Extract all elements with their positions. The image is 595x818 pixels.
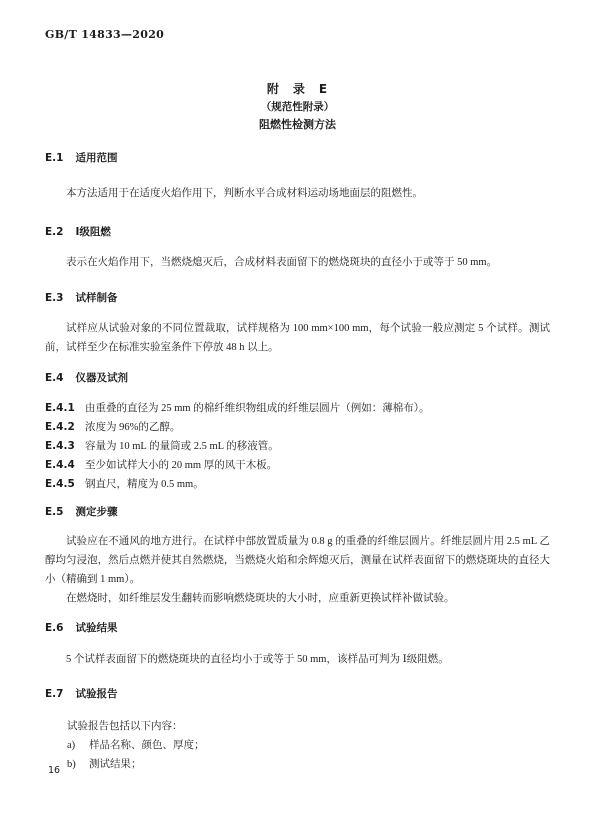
section-e3-number: E.3 xyxy=(45,292,63,304)
section-e4-item-list: E.4.1 由重叠的直径为 25 mm 的棉纤维织物组成的纤维层圆片（例如：薄棉… xyxy=(45,399,550,494)
section-e4-item: E.4.4 至少如试样大小的 20 mm 厚的风干木板。 xyxy=(45,456,550,475)
section-e7-list-item-a: a) 样品名称、颜色、厚度； xyxy=(67,736,205,755)
section-e4-heading: E.4仪器及试剂 xyxy=(45,370,550,385)
section-e1-paragraph: 本方法适用于在适度火焰作用下，判断水平合成材料运动场地面层的阻燃性。 xyxy=(45,184,550,203)
section-e3-title: 试样制备 xyxy=(75,292,117,304)
section-e7-intro: 试验报告包括以下内容： xyxy=(67,717,550,736)
section-e4-number: E.4 xyxy=(45,372,63,384)
section-e4-item: E.4.2 浓度为 96%的乙醇。 xyxy=(45,418,550,437)
section-e7-number: E.7 xyxy=(45,688,63,700)
appendix-title: 附 录 E xyxy=(0,80,595,97)
section-e4-item-number: E.4.5 xyxy=(45,475,85,494)
section-e5-paragraph-2: 在燃烧时，如纤维层发生翻转而影响燃烧斑块的大小时，应重新更换试样补做试验。 xyxy=(45,589,550,608)
section-e5-paragraph-1: 试验应在不通风的地方进行。在试样中部放置质量为 0.8 g 的重叠的纤维层圆片。… xyxy=(45,532,550,589)
section-e4-item-text: 钢直尺，精度为 0.5 mm。 xyxy=(85,475,204,494)
section-e2-heading: E.2Ⅰ级阻燃 xyxy=(45,224,550,239)
section-e5-heading: E.5测定步骤 xyxy=(45,504,550,519)
section-e4-item: E.4.3 容量为 10 mL 的量筒或 2.5 mL 的移液管。 xyxy=(45,437,550,456)
section-e5-number: E.5 xyxy=(45,506,63,518)
section-e6-heading: E.6试验结果 xyxy=(45,620,550,635)
section-e7-list-item-b: b) 测试结果； xyxy=(67,755,142,774)
section-e1-heading: E.1适用范围 xyxy=(45,150,550,165)
section-e1-title: 适用范围 xyxy=(75,152,117,164)
list-marker-a: a) xyxy=(67,736,89,755)
section-e4-item-text: 容量为 10 mL 的量筒或 2.5 mL 的移液管。 xyxy=(85,437,279,456)
list-item-b-text: 测试结果； xyxy=(89,755,142,774)
appendix-subtitle-method: 阻燃性检测方法 xyxy=(0,116,595,132)
section-e4-item-number: E.4.1 xyxy=(45,399,85,418)
list-marker-b: b) xyxy=(67,755,89,774)
section-e6-number: E.6 xyxy=(45,622,63,634)
document-page: GB/T 14833—2020 附 录 E （规范性附录） 阻燃性检测方法 E.… xyxy=(0,0,595,818)
section-e4-item-text: 浓度为 96%的乙醇。 xyxy=(85,418,180,437)
section-e4-item-text: 由重叠的直径为 25 mm 的棉纤维织物组成的纤维层圆片（例如：薄棉布）。 xyxy=(85,399,429,418)
section-e3-paragraph: 试样应从试验对象的不同位置裁取，试样规格为 100 mm×100 mm，每个试验… xyxy=(45,319,550,357)
section-e4-item-number: E.4.4 xyxy=(45,456,85,475)
standard-number-header: GB/T 14833—2020 xyxy=(45,28,164,41)
appendix-subtitle-normative: （规范性附录） xyxy=(0,99,595,114)
section-e5-title: 测定步骤 xyxy=(75,506,117,518)
section-e1-number: E.1 xyxy=(45,152,63,164)
section-e6-paragraph: 5 个试样表面留下的燃烧斑块的直径均小于或等于 50 mm，该样品可判为 Ⅰ级阻… xyxy=(45,650,550,669)
section-e7-title: 试验报告 xyxy=(75,688,117,700)
list-item-a-text: 样品名称、颜色、厚度； xyxy=(89,736,205,755)
section-e4-title: 仪器及试剂 xyxy=(75,372,128,384)
section-e7-heading: E.7试验报告 xyxy=(45,686,550,701)
section-e4-item-number: E.4.2 xyxy=(45,418,85,437)
section-e6-title: 试验结果 xyxy=(75,622,117,634)
page-number: 16 xyxy=(48,765,60,776)
section-e2-number: E.2 xyxy=(45,226,63,238)
section-e2-title: Ⅰ级阻燃 xyxy=(75,226,110,238)
section-e4-item: E.4.1 由重叠的直径为 25 mm 的棉纤维织物组成的纤维层圆片（例如：薄棉… xyxy=(45,399,550,418)
section-e4-item: E.4.5 钢直尺，精度为 0.5 mm。 xyxy=(45,475,550,494)
section-e2-paragraph: 表示在火焰作用下，当燃烧熄灭后，合成材料表面留下的燃烧斑块的直径小于或等于 50… xyxy=(45,253,550,272)
section-e3-heading: E.3试样制备 xyxy=(45,290,550,305)
section-e4-item-text: 至少如试样大小的 20 mm 厚的风干木板。 xyxy=(85,456,277,475)
section-e4-item-number: E.4.3 xyxy=(45,437,85,456)
